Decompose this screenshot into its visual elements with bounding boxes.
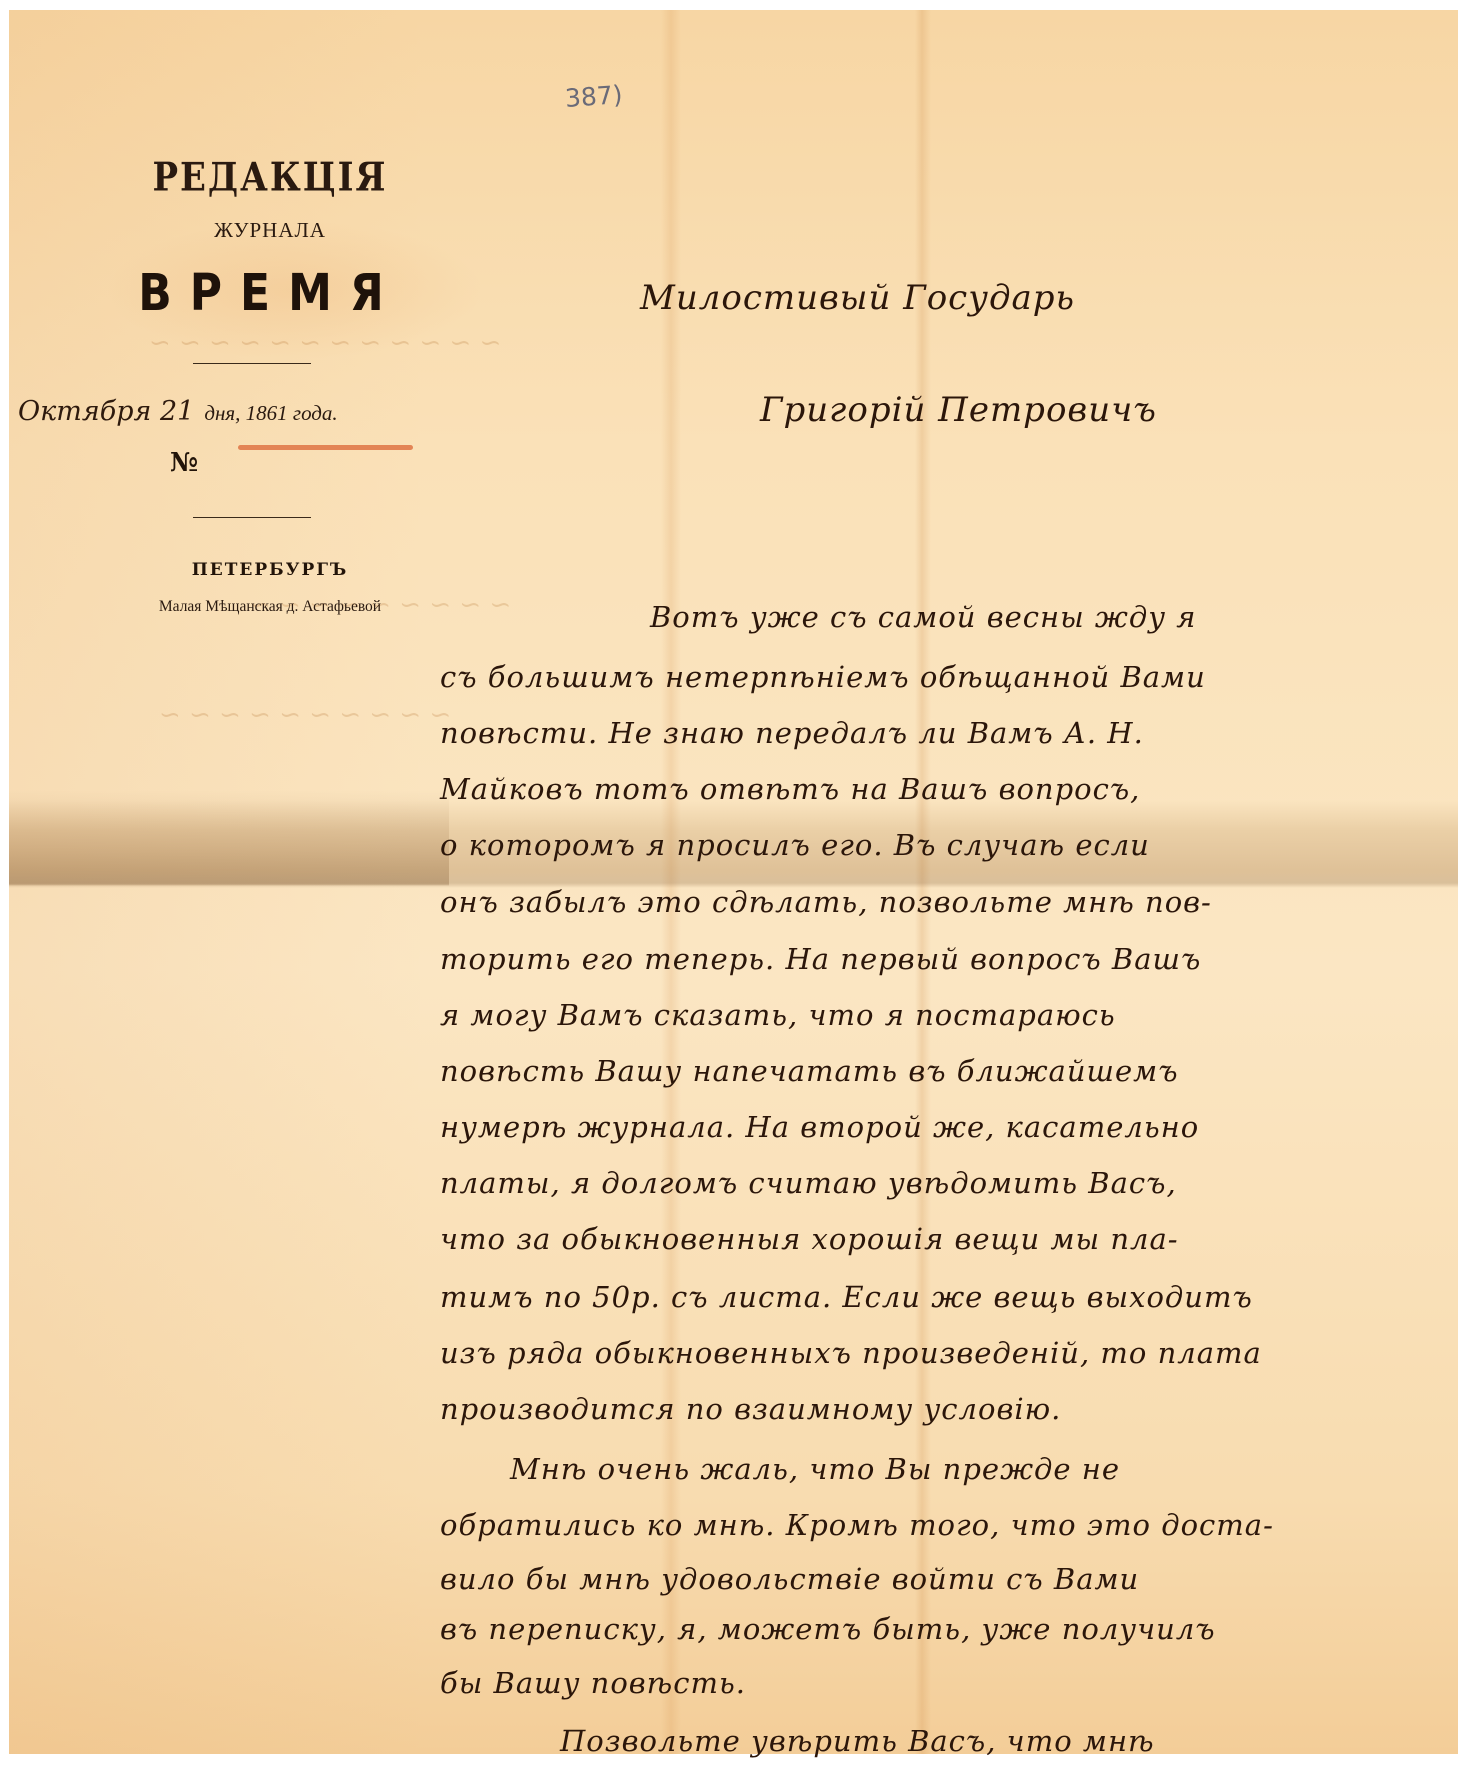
letter-date: Октября 21 дня, 1861 года. — [18, 396, 338, 427]
letter-line: Майковъ тотъ отвѣтъ на Вашъ вопросъ, — [440, 772, 1140, 806]
letter-line: о которомъ я просилъ его. Въ случаѣ если — [440, 828, 1150, 862]
letterhead-number-label: № — [170, 448, 198, 478]
salutation-line-1: Милостивый Государь — [640, 278, 1075, 318]
letter-line: платы, я долгомъ считаю увѣдомить Васъ, — [440, 1166, 1177, 1200]
letter-line: Вотъ уже съ самой весны жду я — [650, 600, 1197, 634]
letter-line: производится по взаимному условію. — [440, 1392, 1061, 1426]
letterhead-journal-title: ВРЕМЯ — [60, 264, 480, 323]
divider — [193, 517, 311, 518]
letter-line: онъ забылъ это сдѣлать, позвольте мнѣ по… — [440, 885, 1212, 919]
date-handwritten: Октября 21 — [18, 396, 194, 427]
letter-line: Позвольте увѣрить Васъ, что мнѣ — [560, 1724, 1155, 1758]
letter-line: повѣсть Вашу напечатать въ ближайшемъ — [440, 1054, 1179, 1088]
letterhead-office: РЕДАКЦІЯ — [60, 155, 480, 201]
letterhead-address: Малая Мѣщанская д. Астафьевой — [60, 598, 480, 616]
letter-line: я могу Вамъ сказать, что я постараюсь — [440, 998, 1116, 1032]
letterhead-city: ПЕТЕРБУРГЪ — [60, 560, 480, 580]
archive-number: 387) — [564, 80, 623, 113]
letter-line: изъ ряда обыкновенныхъ произведеній, то … — [440, 1336, 1262, 1370]
letter-line: нумерѣ журнала. На второй же, касательно — [440, 1110, 1199, 1144]
letter-line: торить его теперь. На первый вопросъ Ваш… — [440, 942, 1201, 976]
show-through-text: ~ ~ ~ ~ ~ ~ ~ ~ ~ ~ ~ ~ — [149, 328, 501, 358]
letter-line: повѣсти. Не знаю передалъ ли Вамъ А. Н. — [440, 716, 1144, 750]
date-printed: дня, 1861 года. — [204, 401, 337, 425]
letter-line: Мнѣ очень жаль, что Вы прежде не — [510, 1452, 1120, 1486]
show-through-text: ~ ~ ~ ~ ~ ~ ~ ~ ~ ~ — [159, 700, 451, 730]
red-pencil-underline — [238, 445, 413, 450]
letter-line: съ большимъ нетерпѣніемъ обѣщанной Вами — [440, 660, 1206, 694]
letter-line: вило бы мнѣ удовольствіе войти съ Вами — [440, 1562, 1139, 1596]
letter-line: въ переписку, я, можетъ быть, уже получи… — [440, 1612, 1216, 1646]
letter-line: тимъ по 50р. съ листа. Если же вещь выхо… — [440, 1280, 1253, 1314]
fold-stain — [9, 790, 449, 886]
letter-line: бы Вашу повѣсть. — [440, 1666, 746, 1700]
letter-line: обратились ко мнѣ. Кромѣ того, что это д… — [440, 1508, 1274, 1542]
letterhead-journal-word: ЖУРНАЛА — [60, 218, 480, 243]
divider — [193, 363, 311, 364]
salutation-line-2: Григорій Петровичъ — [760, 390, 1157, 430]
letter-line: что за обыкновенныя хорошія вещи мы пла- — [440, 1222, 1179, 1256]
